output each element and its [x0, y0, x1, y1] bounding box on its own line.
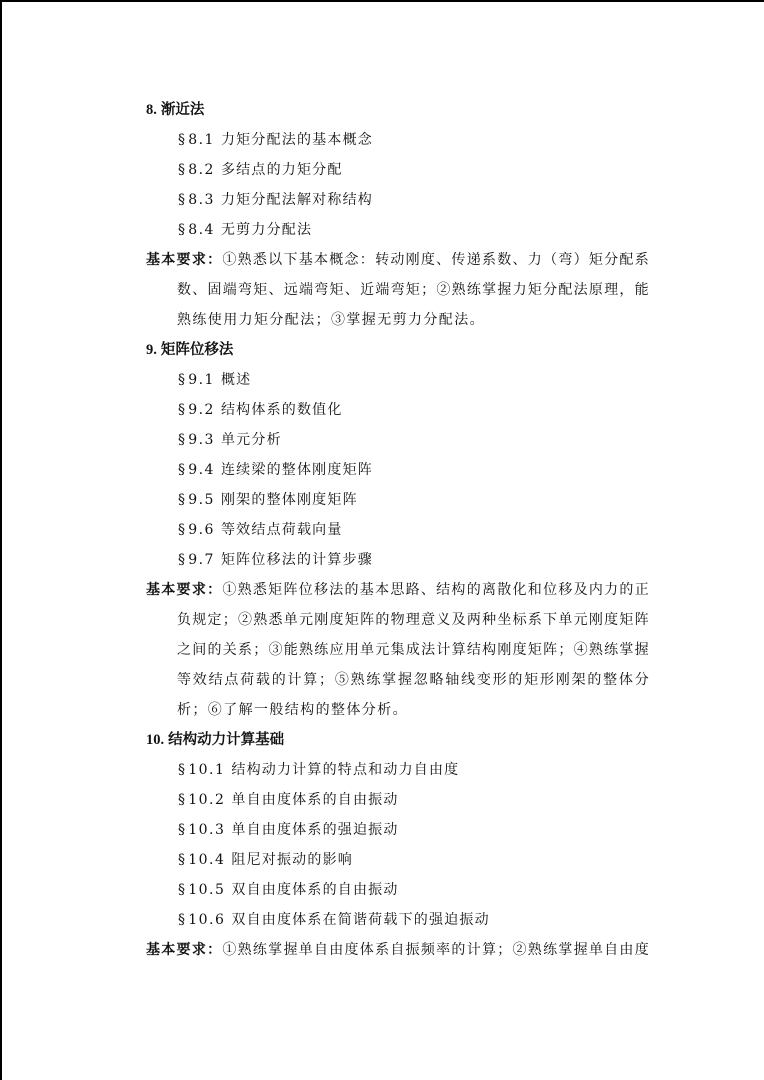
section-symbol: § [178, 372, 186, 388]
section-number: 9.4 [188, 462, 215, 478]
chapter-title: 渐近法 [161, 102, 205, 118]
chapter-number: 10. [146, 732, 164, 748]
section-symbol: § [178, 222, 186, 238]
section-item: §10.4阻尼对振动的影响 [178, 845, 353, 875]
requirements-label: 基本要求： [146, 252, 222, 268]
section-number: 10.1 [188, 762, 225, 778]
section-item: §8.3力矩分配法解对称结构 [178, 185, 373, 215]
requirements-line: ①熟悉以下基本概念：转动刚度、传递系数、力（弯）矩分配系 [222, 252, 649, 268]
requirements-paragraph: 基本要求：①熟悉矩阵位移法的基本思路、结构的离散化和位移及内力的正 [146, 575, 649, 605]
section-title: 力矩分配法解对称结构 [221, 192, 373, 208]
chapter-number: 9. [146, 342, 157, 358]
section-number: 10.3 [188, 822, 225, 838]
section-symbol: § [178, 432, 186, 448]
section-title: 概述 [221, 372, 251, 388]
section-title: 矩阵位移法的计算步骤 [221, 552, 373, 568]
section-number: 10.6 [188, 912, 225, 928]
requirements-line: 负规定；②熟悉单元刚度矩阵的物理意义及两种坐标系下单元刚度矩阵 [177, 605, 649, 635]
section-symbol: § [178, 822, 186, 838]
section-symbol: § [178, 162, 186, 178]
requirements-line: 等效结点荷载的计算；⑤熟练掌握忽略轴线变形的矩形刚架的整体分 [177, 665, 649, 695]
page-border-left [0, 0, 2, 1080]
section-number: 8.4 [188, 222, 215, 238]
section-symbol: § [178, 852, 186, 868]
section-title: 单自由度体系的强迫振动 [231, 822, 398, 838]
section-title: 无剪力分配法 [221, 222, 312, 238]
page-border-top [0, 0, 764, 2]
section-item: §9.2结构体系的数值化 [178, 395, 343, 425]
section-number: 8.3 [188, 192, 215, 208]
chapter-title: 结构动力计算基础 [168, 732, 284, 748]
chapter-heading-9: 9.矩阵位移法 [146, 335, 233, 365]
section-symbol: § [178, 522, 186, 538]
section-symbol: § [178, 912, 186, 928]
chapter-number: 8. [146, 102, 157, 118]
section-title: 力矩分配法的基本概念 [221, 132, 373, 148]
requirements-line: 析；⑥了解一般结构的整体分析。 [177, 695, 649, 725]
requirements-label: 基本要求： [146, 582, 222, 598]
requirements-line: ①熟悉矩阵位移法的基本思路、结构的离散化和位移及内力的正 [222, 582, 649, 598]
section-title: 结构动力计算的特点和动力自由度 [231, 762, 459, 778]
section-item: §10.1结构动力计算的特点和动力自由度 [178, 755, 459, 785]
requirements-label: 基本要求： [146, 942, 222, 958]
section-number: 10.2 [188, 792, 225, 808]
section-number: 10.5 [188, 882, 225, 898]
section-title: 连续梁的整体刚度矩阵 [221, 462, 373, 478]
section-symbol: § [178, 492, 186, 508]
section-symbol: § [178, 762, 186, 778]
section-item: §10.3单自由度体系的强迫振动 [178, 815, 399, 845]
section-symbol: § [178, 462, 186, 478]
section-title: 阻尼对振动的影响 [231, 852, 353, 868]
requirements-line: ①熟练掌握单自由度体系自振频率的计算；②熟练掌握单自由度 [222, 942, 649, 958]
requirements-line: 之间的关系；③能熟练应用单元集成法计算结构刚度矩阵；④熟练掌握 [177, 635, 649, 665]
requirements-line: 熟练使用力矩分配法；③掌握无剪力分配法。 [177, 305, 649, 335]
section-number: 9.2 [188, 402, 215, 418]
section-symbol: § [178, 192, 186, 208]
section-item: §9.4连续梁的整体刚度矩阵 [178, 455, 373, 485]
section-item: §10.5双自由度体系的自由振动 [178, 875, 399, 905]
requirements-paragraph: 基本要求：①熟悉以下基本概念：转动刚度、传递系数、力（弯）矩分配系 [146, 245, 649, 275]
section-title: 等效结点荷载向量 [221, 522, 343, 538]
chapter-title: 矩阵位移法 [161, 342, 234, 358]
section-item: §9.1概述 [178, 365, 251, 395]
section-title: 双自由度体系在简谐荷载下的强迫振动 [231, 912, 489, 928]
section-title: 结构体系的数值化 [221, 402, 343, 418]
requirements-paragraph: 基本要求：①熟练掌握单自由度体系自振频率的计算；②熟练掌握单自由度 [146, 935, 649, 965]
section-number: 10.4 [188, 852, 225, 868]
section-item: §10.2单自由度体系的自由振动 [178, 785, 399, 815]
section-item: §8.2多结点的力矩分配 [178, 155, 343, 185]
section-title: 多结点的力矩分配 [221, 162, 343, 178]
section-item: §10.6双自由度体系在简谐荷载下的强迫振动 [178, 905, 490, 935]
chapter-heading-8: 8.渐近法 [146, 95, 204, 125]
section-symbol: § [178, 792, 186, 808]
section-item: §9.3单元分析 [178, 425, 282, 455]
section-symbol: § [178, 132, 186, 148]
section-title: 刚架的整体刚度矩阵 [221, 492, 358, 508]
section-title: 双自由度体系的自由振动 [231, 882, 398, 898]
section-title: 单自由度体系的自由振动 [231, 792, 398, 808]
section-number: 9.6 [188, 522, 215, 538]
section-symbol: § [178, 552, 186, 568]
section-item: §9.7矩阵位移法的计算步骤 [178, 545, 373, 575]
chapter-heading-10: 10.结构动力计算基础 [146, 725, 284, 755]
section-item: §9.6等效结点荷载向量 [178, 515, 343, 545]
section-number: 9.7 [188, 552, 215, 568]
section-symbol: § [178, 402, 186, 418]
section-number: 8.1 [188, 132, 215, 148]
section-symbol: § [178, 882, 186, 898]
section-number: 9.3 [188, 432, 215, 448]
section-item: §9.5刚架的整体刚度矩阵 [178, 485, 358, 515]
section-item: §8.1力矩分配法的基本概念 [178, 125, 373, 155]
section-number: 8.2 [188, 162, 215, 178]
section-item: §8.4无剪力分配法 [178, 215, 312, 245]
section-title: 单元分析 [221, 432, 282, 448]
section-number: 9.5 [188, 492, 215, 508]
requirements-line: 数、固端弯矩、远端弯矩、近端弯矩；②熟练掌握力矩分配法原理，能 [177, 275, 649, 305]
section-number: 9.1 [188, 372, 215, 388]
